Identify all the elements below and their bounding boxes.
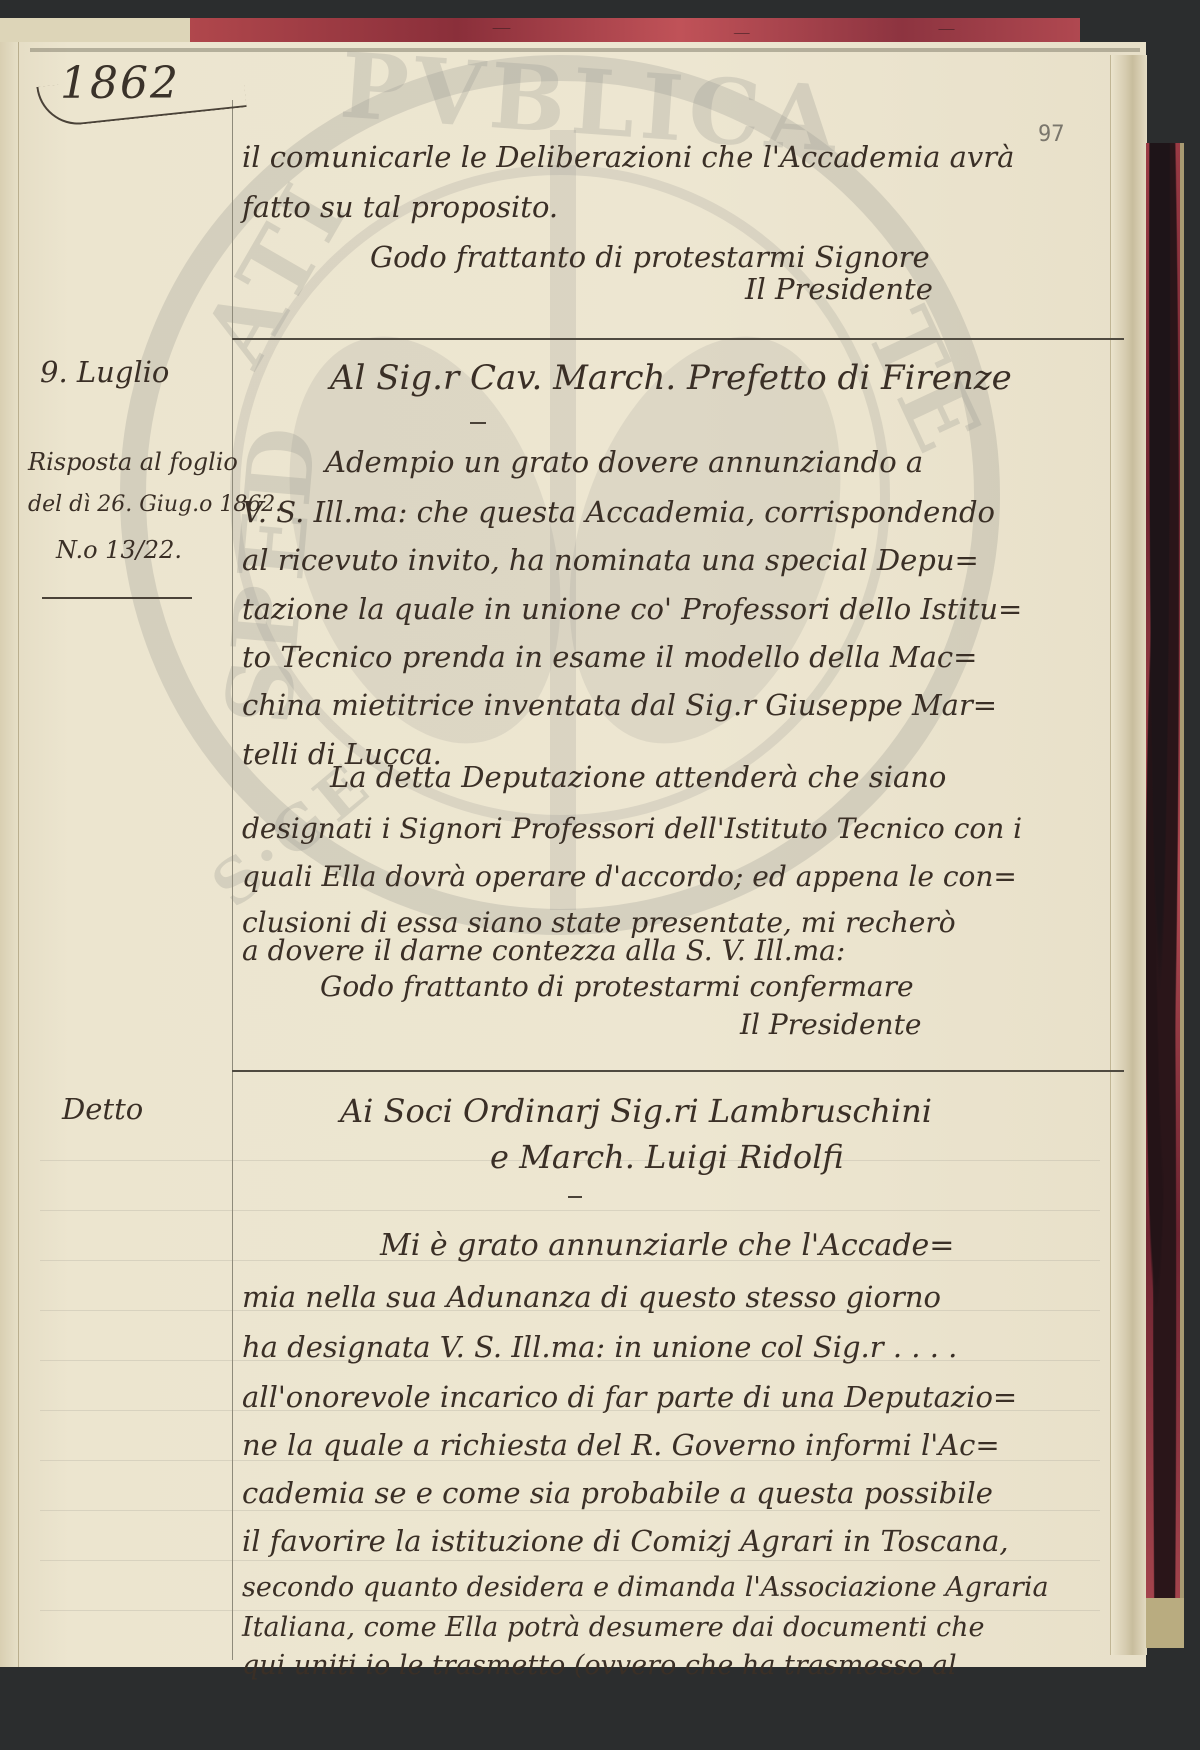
body-line: La detta Deputazione attenderà che siano [330,760,946,794]
margin-date: Detto [62,1092,143,1126]
body-line: designati i Signori Professori dell'Isti… [242,812,1022,845]
closing-line: Godo frattanto di protestarmi Signore [370,240,930,274]
body-line: all'onorevole incarico di far parte di u… [242,1380,1017,1414]
signature: Il Presidente [745,272,933,306]
page-gutter-left [0,42,19,1667]
marbled-binding-right [1146,143,1184,1598]
separator-mark [470,422,486,424]
addressee: Al Sig.r Cav. March. Prefetto di Firenze [330,358,1012,398]
body-line: mia nella sua Adunanza di questo stesso … [242,1280,941,1314]
margin-note: Risposta al foglio [28,448,238,476]
section-divider [232,338,1124,340]
addressee: e March. Luigi Ridolfi [490,1138,844,1176]
page-stack-edge-right [1110,55,1147,1655]
addressee: Ai Soci Ordinarj Sig.ri Lambruschini [340,1092,932,1130]
body-line: ha designata V. S. Ill.ma: in unione col… [242,1330,957,1364]
year-heading: 1862 [60,58,180,109]
separator-mark [568,1196,582,1198]
body-line: il favorire la istituzione di Comizj Agr… [242,1524,1009,1558]
margin-flourish [42,597,192,599]
margin-rule [232,100,233,1660]
body-line: Italiana, come Ella potrà desumere dai d… [242,1612,985,1643]
body-line: ne la quale a richiesta del R. Governo i… [242,1428,1000,1462]
body-line: fatto su tal proposito. [242,190,558,224]
section-divider [232,1070,1124,1072]
body-line: tazione la quale in unione co' Professor… [242,592,1022,626]
body-line: quali Ella dovrà operare d'accordo; ed a… [242,860,1017,893]
body-line: Mi è grato annunziarle che l'Accade= [380,1228,954,1263]
margin-protocol-number: N.o 13/22. [56,536,182,564]
body-line: china mietitrice inventata dal Sig.r Giu… [242,688,997,722]
body-line: al ricevuto invito, ha nominata una spec… [242,543,979,577]
body-line: Adempio un grato dovere annunziando a [325,445,923,479]
marbled-binding-top [190,18,1080,44]
signature: Il Presidente [740,1008,921,1041]
body-line: V. S. Ill.ma: che questa Accademia, corr… [242,495,995,529]
closing-line: Godo frattanto di protestarmi confermare [320,970,914,1003]
body-line: secondo quanto desidera e dimanda l'Asso… [242,1572,1049,1603]
margin-date: 9. Luglio [40,355,169,389]
body-line: to Tecnico prenda in esame il modello de… [242,640,977,674]
body-line: a dovere il darne contezza alla S. V. Il… [242,934,845,967]
body-line: cademia se e come sia probabile a questa… [242,1476,993,1510]
body-line: qui uniti io le trasmetto (ovvero che ha… [242,1650,957,1681]
body-line: il comunicarle le Deliberazioni che l'Ac… [242,140,1014,174]
binding-corner-bottom [1146,1598,1184,1648]
page-number: 97 [1038,122,1065,147]
